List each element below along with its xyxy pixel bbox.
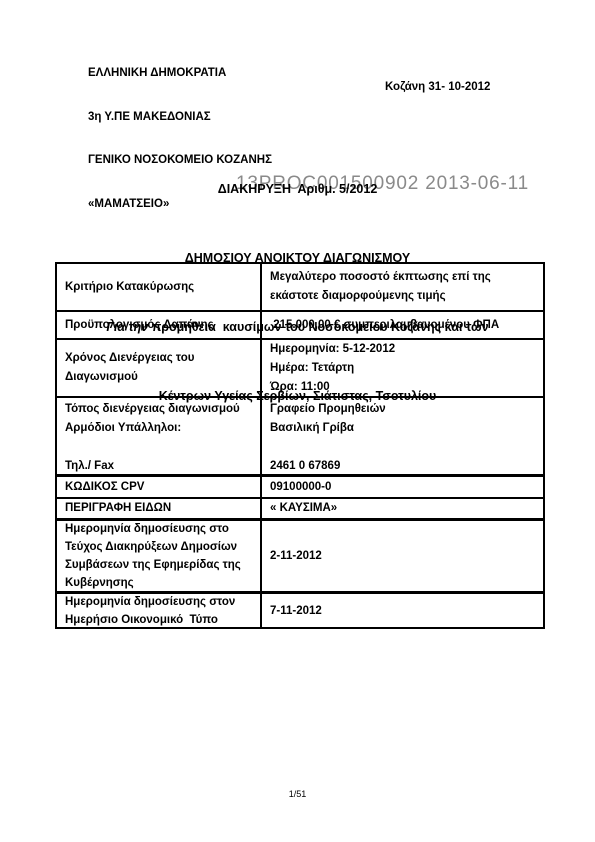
cell-line: Τόπος διενέργειας διαγωνισμού (65, 400, 260, 419)
row-label-cell: Προϋπολογισμός Δαπάνης (57, 312, 262, 338)
table-row-item-description: ΠΕΡΙΓΡΑΦΗ ΕΙΔΩΝ « ΚΑΥΣΙΜΑ» (57, 499, 543, 521)
cell-line: Χρόνος Διενέργειας του (65, 349, 260, 368)
row-label-cell: Χρόνος Διενέργειας του Διαγωνισμού (57, 340, 262, 396)
cell-line: Γραφείο Προμηθειών (270, 400, 543, 419)
document-page: ΕΛΛΗΝΙΚΗ ΔΗΜΟΚΡΑΤΙΑ 3η Υ.ΠΕ ΜΑΚΕΔΟΝΙΑΣ Γ… (0, 0, 595, 842)
cell-line: Διαγωνισμού (65, 368, 260, 387)
cell-line: 2-11-2012 (270, 547, 543, 565)
cell-line: Ημερομηνία δημοσίευσης στον (65, 594, 260, 611)
cell-line: εκάστοτε διαμορφούμενης τιμής (270, 287, 543, 306)
cell-line: Ημερομηνία: 5-12-2012 (270, 340, 543, 359)
cell-line: Ημέρα: Τετάρτη (270, 359, 543, 378)
table-row-budget: Προϋπολογισμός Δαπάνης 215.000,00 € συμπ… (57, 312, 543, 340)
cell-line: Αρμόδιοι Υπάλληλοι: (65, 419, 260, 438)
cell-line: Προϋπολογισμός Δαπάνης (65, 316, 260, 335)
cell-line: Κριτήριο Κατακύρωσης (65, 278, 260, 297)
cell-line: Ημερήσιο Οικονομικό Τύπο (65, 611, 260, 628)
row-label-cell: Τόπος διενέργειας διαγωνισμού Αρμόδιοι Υ… (57, 398, 262, 474)
cell-line: ΚΩΔΙΚΟΣ CPV (65, 478, 260, 497)
cell-line: 2461 0 67869 (270, 457, 543, 474)
place-and-date: Κοζάνη 31- 10-2012 (385, 81, 490, 93)
cell-line: ΠΕΡΙΓΡΑΦΗ ΕΙΔΩΝ (65, 499, 260, 518)
cell-line: Βασιλική Γρίβα (270, 419, 543, 438)
cell-line: Συμβάσεων της Εφημερίδας της (65, 556, 260, 574)
row-label-cell: Ημερομηνία δημοσίευσης στον Ημερήσιο Οικ… (57, 594, 262, 627)
cell-line: 215.000,00 € συμπεριλαμβανομένου ΦΠΑ (270, 316, 543, 335)
tender-details-table: Κριτήριο Κατακύρωσης Μεγαλύτερο ποσοστό … (55, 262, 545, 629)
table-row-award-criterion: Κριτήριο Κατακύρωσης Μεγαλύτερο ποσοστό … (57, 264, 543, 312)
table-row-press-publication: Ημερομηνία δημοσίευσης στον Ημερήσιο Οικ… (57, 594, 543, 627)
cell-line (65, 438, 260, 457)
cell-line (270, 438, 543, 457)
cell-line: Ημερομηνία δημοσίευσης στο (65, 521, 260, 538)
row-value-cell: 7-11-2012 (262, 594, 543, 627)
cell-line: Μεγαλύτερο ποσοστό έκπτωσης επί της (270, 268, 543, 287)
cell-line: Ώρα: 11:00 (270, 378, 543, 397)
row-value-cell: Μεγαλύτερο ποσοστό έκπτωσης επί της εκάσ… (262, 264, 543, 310)
row-value-cell: « ΚΑΥΣΙΜΑ» (262, 499, 543, 518)
row-label-cell: ΠΕΡΙΓΡΑΦΗ ΕΙΔΩΝ (57, 499, 262, 518)
row-value-cell: 2-11-2012 (262, 521, 543, 591)
cell-line: 09100000-0 (270, 478, 543, 497)
org-line-health-region: 3η Υ.ΠΕ ΜΑΚΕΔΟΝΙΑΣ (88, 110, 272, 125)
row-label-cell: Ημερομηνία δημοσίευσης στο Τεύχος Διακηρ… (57, 521, 262, 591)
row-label-cell: ΚΩΔΙΚΟΣ CPV (57, 477, 262, 497)
table-row-gazette-publication: Ημερομηνία δημοσίευσης στο Τεύχος Διακηρ… (57, 521, 543, 594)
table-row-place-contacts: Τόπος διενέργειας διαγωνισμού Αρμόδιοι Υ… (57, 398, 543, 477)
cell-line: Τηλ./ Fax (65, 457, 260, 474)
table-row-cpv-code: ΚΩΔΙΚΟΣ CPV 09100000-0 (57, 477, 543, 499)
cell-line: Κυβέρνησης (65, 574, 260, 591)
title-line-declaration: ΔΙΑΚΗΡΥΞΗ Αριθμ. 5/2012 (0, 178, 595, 201)
cell-line: « ΚΑΥΣΙΜΑ» (270, 499, 543, 518)
row-value-cell: Γραφείο Προμηθειών Βασιλική Γρίβα 2461 0… (262, 398, 543, 474)
page-number: 1/51 (0, 789, 595, 799)
table-row-tender-time: Χρόνος Διενέργειας του Διαγωνισμού Ημερο… (57, 340, 543, 398)
org-line-republic: ΕΛΛΗΝΙΚΗ ΔΗΜΟΚΡΑΤΙΑ (88, 66, 272, 81)
row-value-cell: 09100000-0 (262, 477, 543, 497)
cell-line: Τεύχος Διακηρύξεων Δημοσίων (65, 538, 260, 556)
row-value-cell: Ημερομηνία: 5-12-2012 Ημέρα: Τετάρτη Ώρα… (262, 340, 543, 396)
row-label-cell: Κριτήριο Κατακύρωσης (57, 264, 262, 310)
row-value-cell: 215.000,00 € συμπεριλαμβανομένου ΦΠΑ (262, 312, 543, 338)
cell-line: 7-11-2012 (270, 602, 543, 620)
